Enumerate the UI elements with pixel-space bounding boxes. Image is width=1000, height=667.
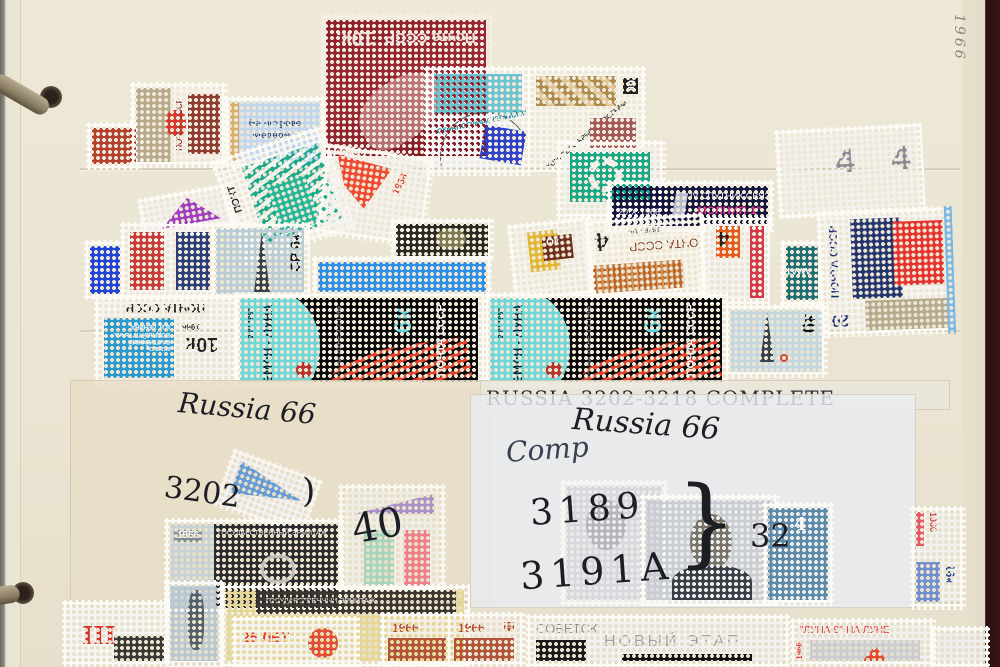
stamp-white-4: 4 4 [774,122,927,220]
stamp-line2: НОВЫЙ ЭТАП [604,634,742,650]
stamp-country: ПОЧТА СССР [126,302,205,314]
stamp-year: 1966 [928,512,937,532]
stamp-ocean-congress: ОКЕАНОГРАФИЧЕСКИЙ КОНГРЕСС [424,66,532,176]
stamp-value: 4 [794,516,807,534]
stamp-overprint: "ЛУНА-9" — НА ЛУНЕ 3.2.1966 [586,306,593,382]
stamp-country: ПОЧТА СССР [828,226,842,299]
stamp-bottom-right [930,626,990,667]
stamp-value: 4 [718,228,729,248]
stamp-25-years: 25 ЛЕТ [232,616,360,667]
stamp-overprint: "ЛУНА-9" — НА ЛУНЕ 3.2.1966 [336,306,343,382]
stamp-year-pair-2: 1966 25 [446,612,526,667]
stamp-soviet-lab: СОВЕТСК НОВЫЙ ЭТАП [526,614,790,667]
stamp-year: 1966 [182,322,200,330]
stamp-building-brown: ПОЧТА СССР [130,82,228,168]
stamp-value: 10к. [336,28,374,48]
stamp-year: 1966 [174,530,202,542]
stamp-years: 1876 - 19- [628,225,660,234]
stamp-year: 1966 [458,622,485,634]
stamp-caption: III [82,624,116,648]
stamp-value: 4 [835,144,856,179]
stamp-value: Ок [546,237,560,248]
stamp-statue [164,580,224,667]
stamp-sports: ПОЧТА СССР 20 [816,206,956,339]
stamp-country: ПОЧТ [227,184,245,214]
handwritten-bracket-value: 32 [750,520,791,552]
stamp-caption: ГОСУДАРСТВЕННЫЙ ЭРМИТАЖ [266,598,375,605]
stamp-year: 1966 [391,172,410,196]
stamp-caption: АМАТ [786,266,812,275]
stamp-luna9: "ЛУНА-9"-НА ЛУНЕ 1966 [790,618,936,667]
stamp-caption: ГОСУДАРСТВЕННЫЙ ЭРМИТАЖ [218,530,327,537]
stamp-value: 10к [186,334,218,354]
stamp-caption: На острове [248,120,301,129]
stamp-value: 4 [891,141,912,176]
stamp-kremlin-map-left: CP 6к [210,222,310,300]
stamp-year: 1966 [392,622,419,634]
stamp-value: 6к [800,314,818,333]
handwritten-brace: } [676,474,737,570]
stamp-country: ПОЧТА СССР [629,236,702,253]
stamp-year-pair-1: 1966 [380,612,456,667]
stamp-caption: 25 ЛЕТ [242,630,289,644]
stamp-line1: СОВЕТСК [536,622,597,635]
stamp-value: 16к [944,564,956,583]
stamp-value: 20 [831,311,849,328]
handwritten-number-left-b: 40 [349,502,406,550]
stamp-country: ПОЧТА СССР [686,304,697,376]
stamp-title: ЗЕМЛЯ - ЛУНА [262,304,274,382]
stamp-caption: ВОЛГО-БАЛТИЙСКИЙ ВОДНЫЙ ПУТЬ им. В.И. ЛЕ… [110,322,170,351]
stamp-roman-3: III [62,600,170,667]
stamp-earth-moon-2: ЗЕМЛЯ - ЛУНА 2-IV 1963 "ЛУНА-9" — НА ЛУН… [484,292,728,388]
stamp-country: Почта СССР [385,30,476,45]
stamp-red-4: 4 [700,216,770,304]
stamp-value: CP 6к [288,234,302,272]
stamp-earth-moon-1: ЗЕМЛЯ - ЛУНА 2-IV 1963 "ЛУНА-9" — НА ЛУН… [234,292,484,388]
stamp-title: ЗЕМЛЯ - ЛУНА [512,304,524,382]
stamp-album-photo: 1966 Почта СССР 10к. ПОЧТА СССР На остро… [0,0,1000,667]
stamp-year: 1966 [796,642,804,660]
stamp-country: ПОЧТА СССР [436,304,447,376]
stamp-pochta-4: 4 ПОЧТА СССР 1876 - 19- [583,212,708,302]
stamp-date: 2-IV 1963 [248,308,255,338]
stamp-date: 2-IV 1963 [498,308,505,338]
stamp-value: 25 [504,622,514,631]
stamp-value: 6к [392,308,416,333]
stamp-right-strip: 1966 16к [910,506,966,610]
stamp-value: 6к [623,78,638,94]
binder-ring-bottom [0,584,21,608]
handwritten-num1: 3189 [529,488,647,532]
stamp-country: ПОЧТА СССР [176,98,184,151]
page-edge [962,0,1000,667]
handwritten-bracket-left: ) [302,474,315,508]
margin-year-note: 1966 [952,14,966,62]
stamp-value: 6к [642,308,666,333]
stamp-volga-baltic: ПОЧТА СССР ВОЛГО-БАЛТИЙСКИЙ ВОДНЫЙ ПУТЬ … [94,294,238,386]
stamp-line1: IV СПУТНИК СВЯЗИ [690,192,768,201]
stamp-kremlin-map: 6к [724,304,828,378]
handwritten-num2: 3191A [519,547,675,596]
stamp-value: 4 [594,229,610,256]
stamp-caption: "ЛУНА-9"-НА ЛУНЕ [800,626,890,636]
handwritten-comp: Comp [505,433,590,467]
